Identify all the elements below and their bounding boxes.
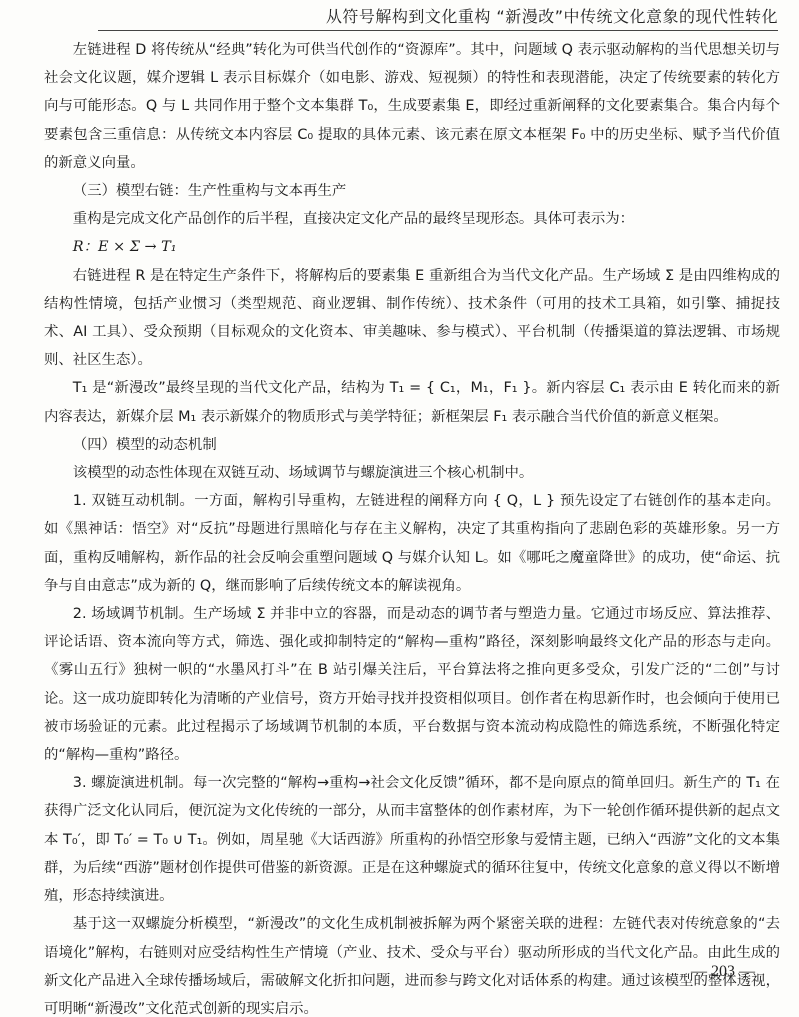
page-number: — 203 — — [691, 963, 755, 981]
paragraph-summary: 基于这一双螺旋分析模型，“新漫改”的文化生成机制被拆解为两个紧密关联的进程：左链… — [44, 910, 780, 1017]
paragraph-dual-chain-interaction: 1. 双链互动机制。一方面，解构引导重构，左链进程的阐释方向 { Q，L } 预… — [44, 487, 780, 600]
formula-right-chain: R：E × Σ → T₁ — [44, 233, 780, 261]
page-body: 左链进程 D 将传统从“经典”转化为可供当代创作的“资源库”。其中，问题域 Q … — [44, 36, 780, 1017]
running-title: 从符号解构到文化重构 “新漫改”中传统文化意象的现代性转化 — [326, 4, 778, 27]
paragraph-dynamic-intro: 该模型的动态性体现在双链互动、场域调节与螺旋演进三个核心机制中。 — [44, 459, 780, 487]
running-header: 从符号解构到文化重构 “新漫改”中传统文化意象的现代性转化 — [98, 0, 778, 31]
paragraph-right-chain-process: 右链进程 R 是在特定生产条件下，将解构后的要素集 E 重新组合为当代文化产品。… — [44, 262, 780, 375]
paragraph-left-chain-process: 左链进程 D 将传统从“经典”转化为可供当代创作的“资源库”。其中，问题域 Q … — [44, 36, 780, 177]
paragraph-spiral-evolution: 3. 螺旋演进机制。每一次完整的“解构→重构→社会文化反馈”循环，都不是向原点的… — [44, 769, 780, 910]
section-heading-right-chain: （三）模型右链：生产性重构与文本再生产 — [44, 177, 780, 205]
paragraph-reconstruction-intro: 重构是完成文化产品创作的后半程，直接决定文化产品的最终呈现形态。具体可表示为： — [44, 205, 780, 233]
section-heading-dynamic-mechanism: （四）模型的动态机制 — [44, 431, 780, 459]
paragraph-field-regulation: 2. 场域调节机制。生产场域 Σ 并非中立的容器，而是动态的调节者与塑造力量。它… — [44, 600, 780, 769]
paragraph-t1-structure: T₁ 是“新漫改”最终呈现的当代文化产品，结构为 T₁ = { C₁，M₁，F₁… — [44, 374, 780, 430]
